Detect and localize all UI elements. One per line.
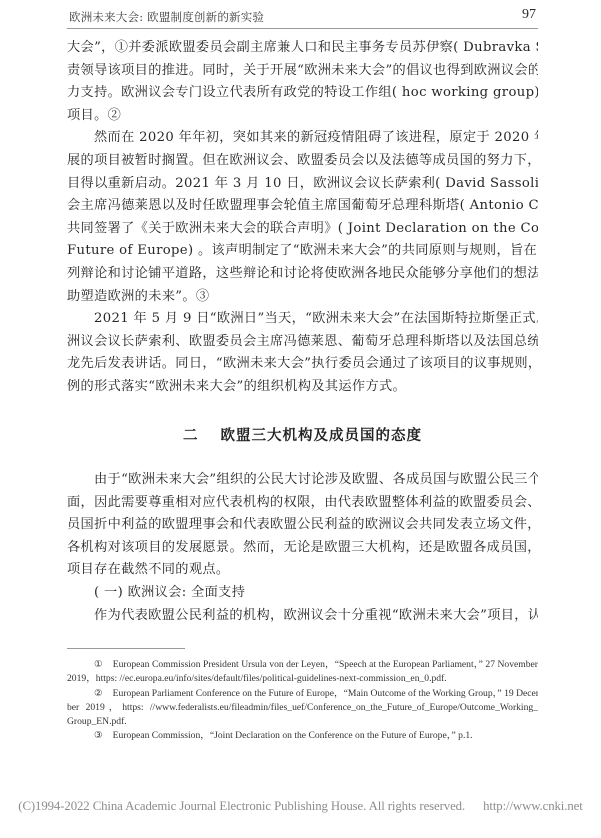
paragraph: 作为代表欧盟公民利益的机构，欧洲议会十分重视“欧洲未来大会”项目，认为这 xyxy=(67,605,538,628)
footnote-divider xyxy=(67,648,185,649)
text-line: 助塑造欧洲的未来”。③ xyxy=(67,286,538,309)
footnote-text: European Parliament Conference on the Fu… xyxy=(113,688,538,699)
text-line: 力支持。欧洲议会专门设立代表所有政党的特设工作组( hoc working gr… xyxy=(67,82,538,105)
text-line: 作为代表欧盟公民利益的机构，欧洲议会十分重视“欧洲未来大会”项目，认为这 xyxy=(67,605,538,628)
text-line: 各机构对该项目的发展愿景。然而，无论是欧盟三大机构，还是欧盟各成员国，都对该 xyxy=(67,537,538,560)
footnote-marker: ① xyxy=(94,659,103,670)
text-line: 由于“欧洲未来大会”组织的公民大讨论涉及欧盟、各成员国与欧盟公民三个层 xyxy=(67,469,538,492)
footnote-line: ①European Commission President Ursula vo… xyxy=(67,658,538,672)
section-title: 欧盟三大机构及成员国的态度 xyxy=(221,428,423,444)
body-section-2: 由于“欧洲未来大会”组织的公民大讨论涉及欧盟、各成员国与欧盟公民三个层 面，因此… xyxy=(67,469,538,627)
paragraph: 大会”，①并委派欧盟委员会副主席兼人口和民主事务专员苏伊察( Dubravka … xyxy=(67,37,538,127)
footnote-text: European Commission，“Joint Declaration o… xyxy=(113,730,473,741)
text-line: 目得以重新启动。2021 年 3 月 10 日，欧洲议会议长萨索利( David… xyxy=(67,173,538,196)
text-line: 龙先后发表讲话。同日，“欧洲未来大会”执行委员会通过了该项目的议事规则，以条 xyxy=(67,353,538,376)
body-section-1: 大会”，①并委派欧盟委员会副主席兼人口和民主事务专员苏伊察( Dubravka … xyxy=(67,37,538,399)
running-header: 欧洲未来大会: 欧盟制度创新的新实验 97 xyxy=(67,7,538,27)
footnote-line: Group_EN.pdf. xyxy=(67,715,538,729)
footnote: ③European Commission，“Joint Declaration … xyxy=(67,729,538,743)
running-title: 欧洲未来大会: 欧盟制度创新的新实验 xyxy=(69,9,264,25)
text-line: 共同签署了《关于欧洲未来大会的联合声明》( Joint Declaration … xyxy=(67,218,538,241)
footnote-marker: ② xyxy=(94,688,103,699)
footnote-text: European Commission President Ursula von… xyxy=(113,659,538,670)
footnote: ②European Parliament Conference on the F… xyxy=(67,687,538,730)
subsection-heading: ( 一) 欧洲议会: 全面支持 xyxy=(67,582,538,605)
paragraph: 然而在 2020 年年初，突如其来的新冠疫情阻碍了该进程，原定于 2020 年春… xyxy=(67,127,538,308)
text-line: 然而在 2020 年年初，突如其来的新冠疫情阻碍了该进程，原定于 2020 年春… xyxy=(67,127,538,150)
footnote-line: ③European Commission，“Joint Declaration … xyxy=(67,729,538,743)
text-line: 项目。② xyxy=(67,105,538,128)
footnote-line: 2019，https: //ec.europa.eu/info/sites/de… xyxy=(67,672,538,686)
section-number: 二 xyxy=(183,428,199,444)
subsection-title: ( 一) 欧洲议会: 全面支持 xyxy=(67,582,538,605)
footnotes: ①European Commission President Ursula vo… xyxy=(67,658,538,744)
text-line: 项目存在截然不同的观点。 xyxy=(67,559,538,582)
header-divider xyxy=(67,28,538,29)
text-line: 例的形式落实“欧洲未来大会”的组织机构及其运作方式。 xyxy=(67,376,538,399)
paragraph: 由于“欧洲未来大会”组织的公民大讨论涉及欧盟、各成员国与欧盟公民三个层 面，因此… xyxy=(67,469,538,582)
text-line: 洲议会议长萨索利、欧盟委员会主席冯德莱恩、葡萄牙总理科斯塔以及法国总统马克 xyxy=(67,331,538,354)
section-heading: 二欧盟三大机构及成员国的态度 xyxy=(67,424,538,445)
copyright-footer: (C)1994-2022 China Academic Journal Elec… xyxy=(0,799,601,814)
paragraph: 2021 年 5 月 9 日“欧洲日”当天，“欧洲未来大会”在法国斯特拉斯堡正式… xyxy=(67,308,538,398)
document-page: 欧洲未来大会: 欧盟制度创新的新实验 97 大会”，①并委派欧盟委员会副主席兼人… xyxy=(0,0,601,838)
footnote-marker: ③ xyxy=(94,730,103,741)
text-line: 责领导该项目的推进。同时，关于开展“欧洲未来大会”的倡议也得到欧洲议会的大 xyxy=(67,60,538,83)
text-line: 面，因此需要尊重相对应代表机构的权限，由代表欧盟整体利益的欧盟委员会、代表成 xyxy=(67,492,538,515)
text-line: 员国折中利益的欧盟理事会和代表欧盟公民利益的欧洲议会共同发表立场文件，公布 xyxy=(67,514,538,537)
copyright-text: (C)1994-2022 China Academic Journal Elec… xyxy=(18,799,465,813)
footnote-line: ber 2019，https: //www.federalists.eu/fil… xyxy=(67,701,538,715)
footnote: ①European Commission President Ursula vo… xyxy=(67,658,538,687)
text-line: Future of Europe) 。该声明制定了“欧洲未来大会”的共同原则与规… xyxy=(67,240,538,263)
page-number: 97 xyxy=(522,7,536,23)
text-line: 会主席冯德莱恩以及时任欧盟理事会轮值主席国葡萄牙总理科斯塔( Antonio C… xyxy=(67,195,538,218)
text-line: 2021 年 5 月 9 日“欧洲日”当天，“欧洲未来大会”在法国斯特拉斯堡正式… xyxy=(67,308,538,331)
text-line: 大会”，①并委派欧盟委员会副主席兼人口和民主事务专员苏伊察( Dubravka … xyxy=(67,37,538,60)
footnote-line: ②European Parliament Conference on the F… xyxy=(67,687,538,701)
cnki-link[interactable]: http://www.cnki.net xyxy=(483,799,583,813)
text-line: 展的项目被暂时搁置。但在欧洲议会、欧盟委员会以及法德等成员国的努力下，该项 xyxy=(67,150,538,173)
text-line: 列辩论和讨论铺平道路，这些辩论和讨论将使欧洲各地民众能够分享他们的想法，帮 xyxy=(67,263,538,286)
